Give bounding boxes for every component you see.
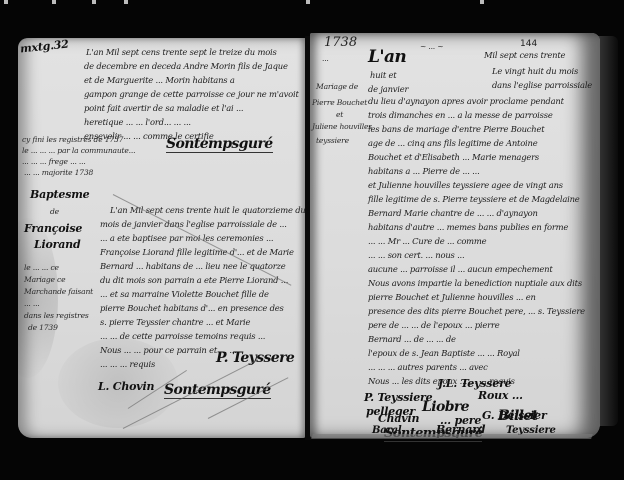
entry-line: du lieu d'aynayon apres avoir proclame p…	[368, 95, 564, 108]
margin-title: de	[50, 206, 59, 218]
entry-line: s. pierre Teyssier chantre ... et Marie	[100, 316, 250, 329]
top-scribble: ~ ... ~	[420, 41, 443, 53]
margin-note: ...	[322, 53, 329, 65]
margin-note: Marchande faisant	[24, 286, 93, 298]
entry-line: L'an Mil sept cens trente huit le quator…	[110, 204, 306, 217]
left-page: mxtg.32 L'an Mil sept cens trente sept l…	[18, 38, 306, 438]
entry-line: Bouchet et d'Elisabeth ... Marie menager…	[368, 151, 539, 164]
entry-line: du dit mois son parrain a ete Pierre Lio…	[100, 274, 288, 287]
entry-line: Nous avons impartie la benediction nupti…	[368, 277, 582, 290]
margin-note: teyssiere	[316, 135, 349, 147]
entry-line: Mil sept cens trente	[484, 49, 565, 62]
scan-edge-marks	[0, 0, 624, 6]
entry-line: fille legitime de s. Pierre teyssiere et…	[368, 193, 580, 206]
entry-line: presence des dits pierre Bouchet pere, .…	[368, 305, 585, 318]
entry-line: habitans d'autre ... memes bans publies …	[368, 221, 568, 234]
entry-line: pere de ... ... de l'epoux ... pierre	[368, 319, 500, 332]
signature: Liobre	[422, 399, 469, 415]
right-page: 1738 ~ ... ~ 144 ... Mariage de Pierre B…	[310, 33, 600, 438]
entry-line: trois dimanches en ... a la messe de par…	[368, 109, 553, 122]
margin-title: Baptesme	[30, 188, 89, 201]
signature-cure: Sontempsguré	[164, 382, 271, 399]
entry-line: et Julienne houvilles teyssiere agee de …	[368, 179, 563, 192]
entry-line: pierre Bouchet et Julienne houvilles ...…	[368, 291, 536, 304]
page-year: 1738	[324, 35, 357, 50]
entry-line: pierre Bouchet habitans d'... en presenc…	[100, 302, 284, 315]
margin-note: Pierre Bouchet	[312, 97, 367, 109]
entry-line: heretique ... ... l'ord... ... ...	[84, 116, 191, 129]
entry-line: gampon grange de cette parroisse ce jour…	[84, 88, 299, 101]
signature-chovin: L. Chovin	[98, 380, 154, 393]
margin-note: dans les registres	[24, 310, 89, 322]
signature: Chavin	[378, 412, 419, 425]
entry-line: aucune ... parroisse il ... aucun empech…	[368, 263, 553, 276]
margin-note: Mariage ce	[24, 274, 65, 286]
entry-line: Bernard ... habitans de ... lieu nee le …	[100, 260, 286, 273]
entry-line: ... a ete baptisee par moi les ceremonie…	[100, 232, 273, 245]
entry-line: les bans de mariage d'entre Pierre Bouch…	[368, 123, 544, 136]
entry-line: ... ... ... autres parents ... avec	[368, 361, 488, 374]
entry-line: et de Marguerite ... Morin habitans a	[84, 74, 235, 87]
entry-line: ... ... ... requis	[100, 358, 155, 371]
entry-line: Françoise Liorand fille legitime d'... e…	[100, 246, 294, 259]
entry-line: L'an Mil sept cens trente sept le treize…	[86, 46, 277, 59]
entry-line: ... ... de cette parroisse temoins requi…	[100, 330, 265, 343]
corner-note: mxtg.32	[19, 38, 69, 56]
margin-note: ... ... majorite 1738	[24, 167, 93, 179]
signature-teyssere: P. Teyssere	[216, 350, 294, 366]
entry-line: dans l'eglise parroissiale	[492, 79, 592, 92]
signature: Billet	[498, 408, 538, 424]
entry-line: ... ... Mr ... Cure de ... comme	[368, 235, 486, 248]
entry-line: age de ... cinq ans fils legitime de Ant…	[368, 137, 538, 150]
margin-title: Liorand	[34, 238, 80, 251]
margin-note: et	[336, 109, 343, 121]
entry-line: mois de janvier dans l'eglise parroissia…	[100, 218, 287, 231]
entry-line: Le vingt huit du mois	[492, 65, 578, 78]
page-bottom-edge	[311, 434, 593, 439]
margin-note: Mariage de	[316, 81, 358, 93]
margin-note: Juliene houvilles	[312, 121, 372, 133]
entry-line: ... ... son cert. ... nous ...	[368, 249, 464, 262]
margin-note: le ... ... ce	[24, 262, 59, 274]
entry-line: huit et	[370, 69, 396, 82]
signature-cure: Sontempsguré	[166, 136, 273, 153]
signature: Roux ...	[478, 389, 523, 402]
entry-line: ... et sa marraine Violette Bouchet fill…	[100, 288, 269, 301]
margin-note: de 1739	[28, 322, 58, 334]
opening-word: L'an	[368, 47, 406, 67]
entry-line: Bernard Marie chantre de ... ... d'aynay…	[368, 207, 538, 220]
entry-line: Bernard ... de ... ... de	[368, 333, 456, 346]
entry-line: habitans a ... Pierre de ... ...	[368, 165, 480, 178]
margin-title: Françoise	[24, 222, 82, 235]
margin-note: ... ...	[24, 298, 40, 310]
entry-line: de decembre en deceda Andre Morin fils d…	[84, 60, 288, 73]
folio-number: 144	[520, 39, 537, 49]
entry-line: point fait avertir de sa maladie et l'ai…	[84, 102, 243, 115]
entry-line: l'epoux de s. Jean Baptiste ... ... Roya…	[368, 347, 520, 360]
